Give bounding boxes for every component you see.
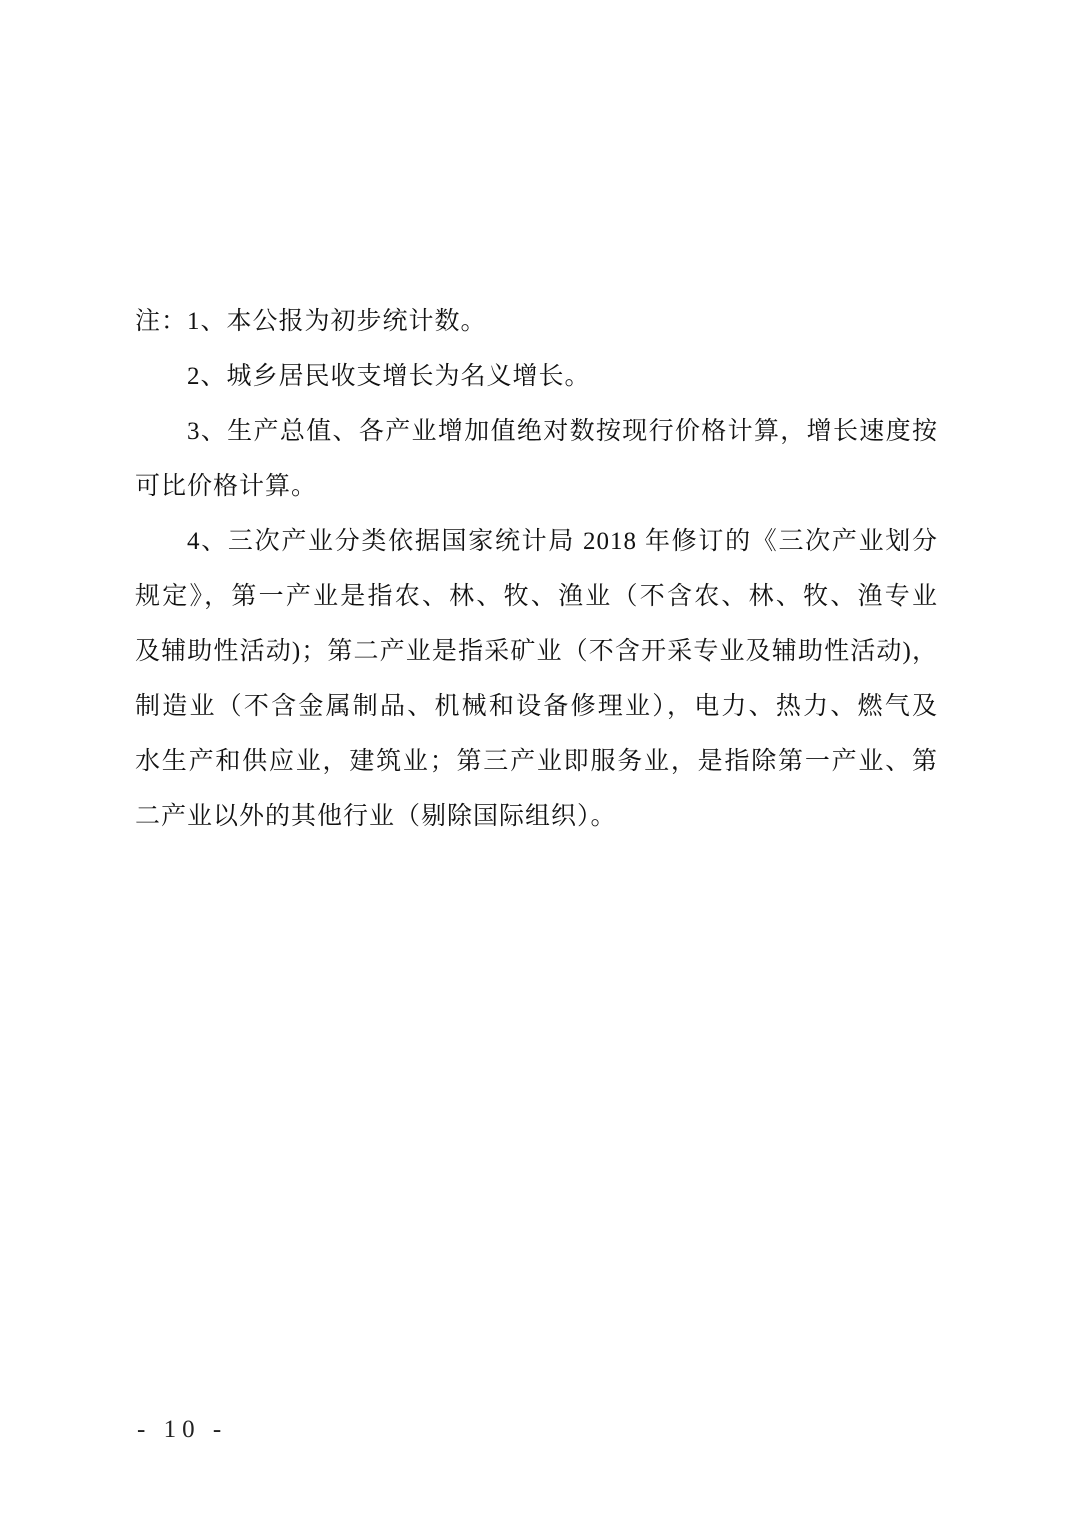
note-line: 3、生产总值、各产业增加值绝对数按现行价格计算，增长速度按 <box>135 404 938 459</box>
document-page: 注：1、本公报为初步统计数。 2、城乡居民收支增长为名义增长。 3、生产总值、各… <box>0 0 1074 1520</box>
notes-block: 注：1、本公报为初步统计数。 2、城乡居民收支增长为名义增长。 3、生产总值、各… <box>135 294 938 844</box>
note-line: 注：1、本公报为初步统计数。 <box>135 294 938 349</box>
note-line: 4、三次产业分类依据国家统计局 2018 年修订的《三次产业划分 <box>135 514 938 569</box>
note-line: 二产业以外的其他行业（剔除国际组织）。 <box>135 789 938 844</box>
note-line: 水生产和供应业，建筑业；第三产业即服务业，是指除第一产业、第 <box>135 734 938 789</box>
note-line: 及辅助性活动)；第二产业是指采矿业（不含开采专业及辅助性活动)， <box>135 624 938 679</box>
note-line: 制造业（不含金属制品、机械和设备修理业），电力、热力、燃气及 <box>135 679 938 734</box>
note-line: 可比价格计算。 <box>135 459 938 514</box>
page-number: - 10 - <box>137 1410 227 1450</box>
note-line: 2、城乡居民收支增长为名义增长。 <box>135 349 938 404</box>
note-line: 规定》，第一产业是指农、林、牧、渔业（不含农、林、牧、渔专业 <box>135 569 938 624</box>
